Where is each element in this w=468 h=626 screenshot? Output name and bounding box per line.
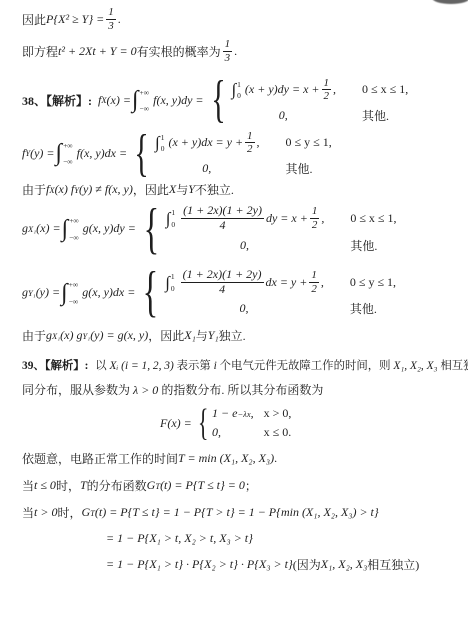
text-run: 不独立. [195,181,234,198]
integral-upper: +∞ [69,217,79,225]
integral-limits: 1 0 [161,134,165,153]
fraction-numerator: (1 + 2x)(1 + 2y) [181,204,264,219]
integral-sign-icon: ∫ [62,217,69,241]
math-run: (x) g [60,328,82,343]
text-run: . [234,44,237,59]
integral-limits: +∞ −∞ [69,217,79,241]
integral-lower: 0 [237,92,241,100]
math-run: (y) = g(x, y) [90,328,148,343]
integral-lower: 0 [171,285,175,293]
integral: ∫ 1 0 [165,272,177,292]
text-run: ，因此 [133,181,169,198]
text-run: 以 [95,360,109,372]
math-run: (x) f [55,182,75,197]
integral-upper: +∞ [140,89,150,97]
case-condition: 其他. [286,160,332,177]
fraction: (1 + 2x)(1 + 2y) 4 [181,204,264,233]
math-run: g(x, y)dx = [82,285,135,300]
math-run: G [147,478,156,493]
math-run: X₁, X₂, X₃ [393,360,437,372]
fraction: 1 2 [309,269,319,295]
text-run: 时， [57,504,81,521]
integral-lower: 0 [161,145,165,153]
case-expression: 1 − e−λx, [212,406,254,421]
math-run: g(x, y)dy = [83,221,136,236]
independence-conclusion-1: 由于 fX (x) fY (y) ≠ f(x, y) ，因此 X 与 Y 不独立… [22,181,460,198]
math-run: Y [188,182,195,197]
math-run: t ≤ 0 [34,478,56,493]
case-expression: 0, [154,161,260,176]
conclusion-line-2: 即方程 t² + 2Xt + Y = 0 有实根的概率为 1 3 . [22,38,460,64]
case-condition: x ≤ 0. [264,425,292,440]
cases-brace-icon: { [143,270,159,315]
text-run: 相互独立且 [438,360,468,372]
math-run: λ > 0 [133,383,158,397]
integral-sign-icon: ∫ [56,141,63,165]
cases-brace-icon: { [134,133,148,175]
fraction-numerator: 1 [106,6,116,20]
cases-block: { ∫ 1 0 (1 + 2x)(1 + 2y) 4 dy = x + [138,204,397,254]
text-run: ； [245,477,257,494]
integral-limits: 1 0 [171,273,175,292]
formula-distribution-function: F(x) = { 1 − e−λx, x > 0, 0, x ≤ 0. [160,406,460,440]
integral: ∫ +∞ −∞ [61,280,81,305]
cases-rows: ∫ 1 0 (x + y)dx = y + 1 2 , 0 ≤ y ≤ 1, 0… [154,130,332,177]
cases-brace-icon: { [211,79,225,121]
integral: ∫ +∞ −∞ [62,216,82,241]
cases-brace-icon: { [143,207,159,252]
integral-sign-icon: ∫ [132,88,139,112]
fraction: (1 + 2x)(1 + 2y) 4 [181,268,264,297]
math-run: , [257,135,260,150]
fraction: 1 2 [245,130,255,156]
math-run: , [321,211,324,226]
integral: ∫ +∞ −∞ [56,141,76,166]
math-run: (x) = [107,93,131,108]
math-run: Y₁ [208,328,219,343]
math-run: , [251,406,254,421]
integral-sign-icon: ∫ [232,81,237,98]
case-condition: 其他. [350,237,396,254]
case-expression: 0, [164,301,324,316]
integral-limits: 1 0 [171,209,175,228]
derivation-continuation-2: = 1 − P{X₁ > t} · P{X₂ > t} · P{X₃ > t} … [106,556,460,573]
integral-lower: −∞ [69,298,79,306]
math-run: Xᵢ (i = 1, 2, 3) [110,360,174,372]
fraction: 1 3 [106,6,116,32]
fraction-numerator: (1 + 2x)(1 + 2y) [181,268,264,283]
case-condition: 0 ≤ y ≤ 1, [286,135,332,150]
math-run: (y) = [30,146,54,161]
case-expression: 0, [231,108,337,123]
math-run: t > 0 [34,505,57,520]
integral-upper: 1 [171,273,175,281]
problem-38-label: 38、【解析】: [22,92,92,109]
text-run: 同分布，服从参数为 [22,383,133,397]
text-run: 当 [22,504,34,521]
fraction: 1 2 [310,205,320,231]
case-expression: 0, [212,425,254,440]
text-run: 由于 [22,327,46,344]
document-page: { "page": {"background": "#ffffff", "ink… [0,0,468,626]
text-run: ，因此 [148,327,184,344]
math-run: f(x, y)dy = [153,93,203,108]
fraction: 1 2 [322,77,332,103]
math-run: T [80,478,87,493]
text-run: 与 [196,327,208,344]
text-run: . [274,451,277,466]
case-t-le-0-line: 当 t ≤ 0 时， T 的分布函数 GT (t) = P{T ≤ t} = 0… [22,477,460,494]
cases-block: { ∫ 1 0 (x + y)dx = y + 1 2 , [129,130,332,177]
fraction-numerator: 1 [309,269,319,283]
integral-limits: +∞ −∞ [63,142,73,166]
math-run: = 1 − P{X₁ > t} · P{X₂ > t} · P{X₃ > t} [106,557,293,572]
math-run: (x + y)dx = y + [168,135,243,150]
integral-upper: 1 [171,209,175,217]
integral-lower: −∞ [69,234,79,242]
math-run: (t) = P{T ≤ t} = 1 − P{T > t} = 1 − P{mi… [95,505,379,520]
derivation-continuation-1: = 1 − P{X₁ > t, X₂ > t, X₃ > t} [106,531,460,546]
case-expression: 0, [165,238,325,253]
math-run: X₁ [184,328,196,343]
cases-block: { ∫ 1 0 (x + y)dy = x + 1 2 , [206,77,409,124]
integral-sign-icon: ∫ [165,274,170,291]
math-run: X [169,182,176,197]
integral-sign-icon: ∫ [61,281,68,305]
text-run: 有实根的概率为 [137,43,221,60]
case-condition: x > 0, [264,406,292,421]
fraction-numerator: 1 [310,205,320,219]
text-run: 依题意，电路正常工作的时间 [22,450,178,467]
case-condition: 0 ≤ x ≤ 1, [362,82,408,97]
integral: ∫ 1 0 [155,133,167,153]
text-run: . [118,12,121,27]
integral-upper: +∞ [63,142,73,150]
integral-limits: +∞ −∞ [140,89,150,113]
case-condition: 其他. [362,107,408,124]
math-run: t² + 2Xt + Y = 0 [58,44,137,59]
conclusion-line-1: 因此 P{X² ≥ Y} = 1 3 . [22,6,460,32]
fraction-denominator: 2 [322,90,332,103]
text-run: 独立. [219,327,246,344]
integral-sign-icon: ∫ [166,210,171,227]
math-run: = 1 − P{X₁ > t, X₂ > t, X₃ > t} [106,531,253,546]
integral: ∫ 1 0 [166,208,178,228]
text-run: 相互独立) [367,556,419,573]
text-run: 时， [56,477,80,494]
fraction-denominator: 3 [223,52,233,65]
text-run: 表示第 [174,360,214,372]
integral-lower: −∞ [140,105,150,113]
fraction-denominator: 3 [106,20,116,33]
fraction-denominator: 2 [309,283,319,296]
text-run: 个电气元件无故障工作的时间，则 [217,360,394,372]
text-run: 的指数分布. 所以其分布函数为 [158,383,323,397]
fraction-numerator: 1 [223,38,233,52]
cases-rows: ∫ 1 0 (x + y)dy = x + 1 2 , 0 ≤ x ≤ 1, 0… [231,77,409,124]
text-run: 由于 [22,181,46,198]
cases-block: { ∫ 1 0 (1 + 2x)(1 + 2y) 4 dx = y + [137,268,396,318]
case-condition: 0 ≤ x ≤ 1, [350,211,396,226]
text-run: 即方程 [22,43,58,60]
fraction-numerator: 1 [245,130,255,144]
problem-39-label: 39、【解析】: [22,360,88,372]
formula-fx: 38、【解析】: fX (x) = ∫ +∞ −∞ f(x, y)dy = { … [22,77,460,124]
fraction-denominator: 2 [310,219,320,232]
math-run: dy = x + [266,211,308,226]
integral-lower: −∞ [63,158,73,166]
cases-rows: ∫ 1 0 (1 + 2x)(1 + 2y) 4 dx = y + 1 2 [164,268,396,318]
integral-limits: 1 0 [237,81,241,100]
case-condition: 0 ≤ y ≤ 1, [350,275,396,290]
integral-lower: 0 [171,221,175,229]
problem-39-paragraph-line-2: 同分布，服从参数为 λ > 0 的指数分布. 所以其分布函数为 [22,378,460,402]
fraction: 1 3 [223,38,233,64]
integral-upper: +∞ [69,281,79,289]
fraction-denominator: 2 [245,143,255,156]
integral-limits: +∞ −∞ [69,281,79,305]
math-run: , [321,275,324,290]
t-definition-line: 依题意，电路正常工作的时间 T = min (X₁, X₂, X₃) . [22,450,460,467]
independence-conclusion-2: 由于 gX₁ (x) gY₁ (y) = g(x, y) ，因此 X₁ 与 Y₁… [22,327,460,344]
math-run: (x) = [36,221,60,236]
case-expression: ∫ 1 0 (1 + 2x)(1 + 2y) 4 dx = y + 1 2 [164,268,324,297]
text-run: 与 [176,181,188,198]
case-expression: ∫ 1 0 (x + y)dy = x + 1 2 , [231,77,337,103]
problem-39-paragraph-line-1: 39、【解析】: 以 Xᵢ (i = 1, 2, 3) 表示第 i 个电气元件无… [22,354,460,378]
case-expression: ∫ 1 0 (1 + 2x)(1 + 2y) 4 dy = x + 1 2 [165,204,325,233]
text-run: 的分布函数 [87,477,147,494]
cases-block: { 1 − e−λx, x > 0, 0, x ≤ 0. [194,406,292,440]
integral: ∫ 1 0 [232,80,244,100]
integral-sign-icon: ∫ [155,134,160,151]
integral: ∫ +∞ −∞ [132,88,152,113]
math-run: 1 − e [212,406,237,421]
cases-brace-icon: { [198,408,209,438]
text-run: (因为 [293,556,321,573]
case-t-gt-0-line: 当 t > 0 时， GT (t) = P{T ≤ t} = 1 − P{T >… [22,504,460,521]
fraction-denominator: 4 [181,219,264,233]
math-run: dx = y + [266,275,308,290]
math-run: (y) ≠ f(x, y) [79,182,133,197]
integral-upper: 1 [161,134,165,142]
fraction-denominator: 4 [181,283,264,297]
integral-upper: 1 [237,81,241,89]
math-run: (x + y)dy = x + [245,82,320,97]
math-run: T = min (X₁, X₂, X₃) [178,451,274,466]
case-expression: ∫ 1 0 (x + y)dx = y + 1 2 , [154,130,260,156]
cases-rows: 1 − e−λx, x > 0, 0, x ≤ 0. [212,406,291,440]
formula-gy1: gY₁ (y) = ∫ +∞ −∞ g(x, y)dx = { ∫ 1 0 [22,268,460,318]
text-run: 因此 [22,11,46,28]
math-run: (y) = [36,285,60,300]
math-run: (t) = P{T ≤ t} = 0 [160,478,245,493]
math-run: P{X² ≥ Y} = [46,12,104,27]
fraction-numerator: 1 [322,77,332,91]
math-run: , [333,82,336,97]
formula-fy: fY (y) = ∫ +∞ −∞ f(x, y)dx = { ∫ 1 0 [22,130,460,177]
math-run: f(x, y)dx = [77,146,127,161]
cases-rows: ∫ 1 0 (1 + 2x)(1 + 2y) 4 dy = x + 1 2 [165,204,397,254]
math-run: X₁, X₂, X₃ [321,557,368,572]
math-run: G [81,505,90,520]
solution-document: 因此 P{X² ≥ Y} = 1 3 . 即方程 t² + 2Xt + Y = … [0,0,468,573]
formula-gx1: gX₁ (x) = ∫ +∞ −∞ g(x, y)dy = { ∫ 1 0 [22,204,460,254]
case-condition: 其他. [350,300,396,317]
math-run: F(x) = [160,416,192,431]
text-run: 当 [22,477,34,494]
